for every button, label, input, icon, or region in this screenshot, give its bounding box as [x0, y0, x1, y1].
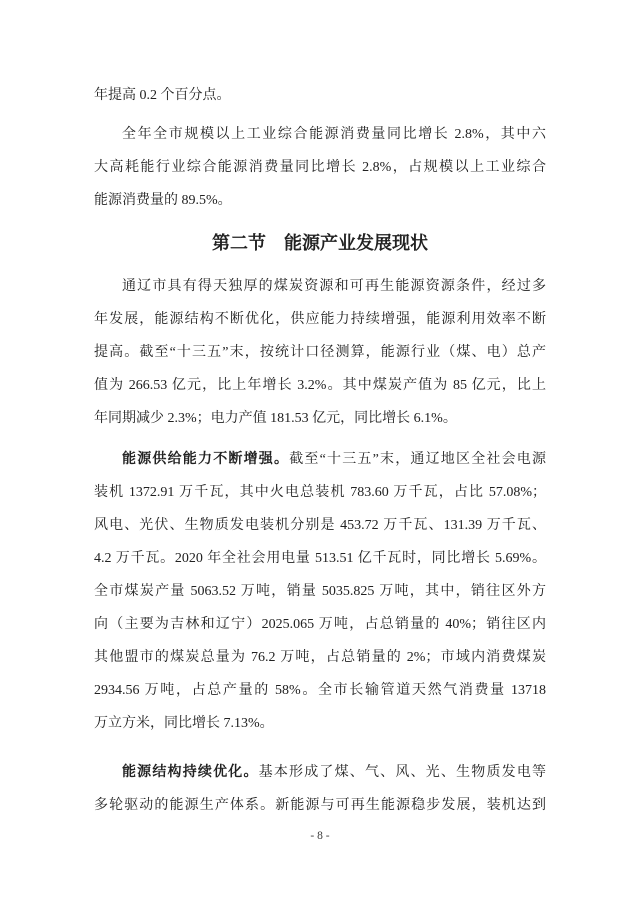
- text-line: 通辽市具有得天独厚的煤炭资源和可再生能源资源条件，经过多: [94, 270, 546, 303]
- document-page: 年提高 0.2 个百分点。 全年全市规模以上工业综合能源消费量同比增长 2.8%…: [0, 0, 640, 846]
- lead-rest-text: 截至“十三五”末，通辽地区全社会电源: [289, 452, 546, 467]
- text-line: 4.2 万千瓦。2020 年全社会用电量 513.51 亿千瓦时，同比增长 5.…: [94, 542, 546, 575]
- text-line: 其他盟市的煤炭总量为 76.2 万吨，占总销量的 2%；市域内消费煤炭: [94, 641, 546, 674]
- text-line: 值为 266.53 亿元，比上年增长 3.2%。其中煤炭产值为 85 亿元，比上: [94, 369, 546, 402]
- text-line: 风电、光伏、生物质发电装机分别是 453.72 万千瓦、131.39 万千瓦、: [94, 509, 546, 542]
- paragraph-structure-optimization: 能源结构持续优化。基本形成了煤、气、风、光、生物质发电等 多轮驱动的能源生产体系…: [94, 756, 546, 822]
- section-heading: 第二节 能源产业发展现状: [94, 227, 546, 260]
- lead-rest-text: 基本形成了煤、气、风、光、生物质发电等: [259, 765, 546, 780]
- text-line: 大高耗能行业综合能源消费量同比增长 2.8%，占规模以上工业综合: [94, 151, 546, 184]
- text-line: 2934.56 万吨，占总产量的 58%。全市长输管道天然气消费量 13718: [94, 674, 546, 707]
- text-line: 多轮驱动的能源生产体系。新能源与可再生能源稳步发展，装机达到: [94, 789, 546, 822]
- text-line: 全市煤炭产量 5063.52 万吨，销量 5035.825 万吨，其中，销往区外…: [94, 575, 546, 608]
- text-line: 向（主要为吉林和辽宁）2025.065 万吨，占总销量的 40%；销往区内: [94, 608, 546, 641]
- paragraph-continuation: 年提高 0.2 个百分点。: [94, 79, 546, 112]
- paragraph-industrial-consumption: 全年全市规模以上工业综合能源消费量同比增长 2.8%，其中六 大高耗能行业综合能…: [94, 118, 546, 217]
- text-line: 能源结构持续优化。基本形成了煤、气、风、光、生物质发电等: [94, 756, 546, 789]
- text-line: 年提高 0.2 个百分点。: [94, 79, 546, 112]
- text-line: 年同期减少 2.3%；电力产值 181.53 亿元，同比增长 6.1%。: [94, 402, 546, 435]
- text-line: 提高。截至“十三五”末，按统计口径测算，能源行业（煤、电）总产: [94, 336, 546, 369]
- text-line: 全年全市规模以上工业综合能源消费量同比增长 2.8%，其中六: [94, 118, 546, 151]
- text-line: 装机 1372.91 万千瓦，其中火电总装机 783.60 万千瓦，占比 57.…: [94, 476, 546, 509]
- text-line: 能源供给能力不断增强。截至“十三五”末，通辽地区全社会电源: [94, 443, 546, 476]
- paragraph-energy-overview: 通辽市具有得天独厚的煤炭资源和可再生能源资源条件，经过多 年发展，能源结构不断优…: [94, 270, 546, 435]
- bold-lead-text: 能源结构持续优化。: [122, 765, 259, 780]
- text-line: 年发展，能源结构不断优化，供应能力持续增强，能源利用效率不断: [94, 303, 546, 336]
- text-line: 能源消费量的 89.5%。: [94, 184, 546, 217]
- paragraph-supply-capacity: 能源供给能力不断增强。截至“十三五”末，通辽地区全社会电源 装机 1372.91…: [94, 443, 546, 740]
- bold-lead-text: 能源供给能力不断增强。: [122, 452, 289, 467]
- page-number: - 8 -: [94, 826, 546, 846]
- text-line: 万立方米，同比增长 7.13%。: [94, 707, 546, 740]
